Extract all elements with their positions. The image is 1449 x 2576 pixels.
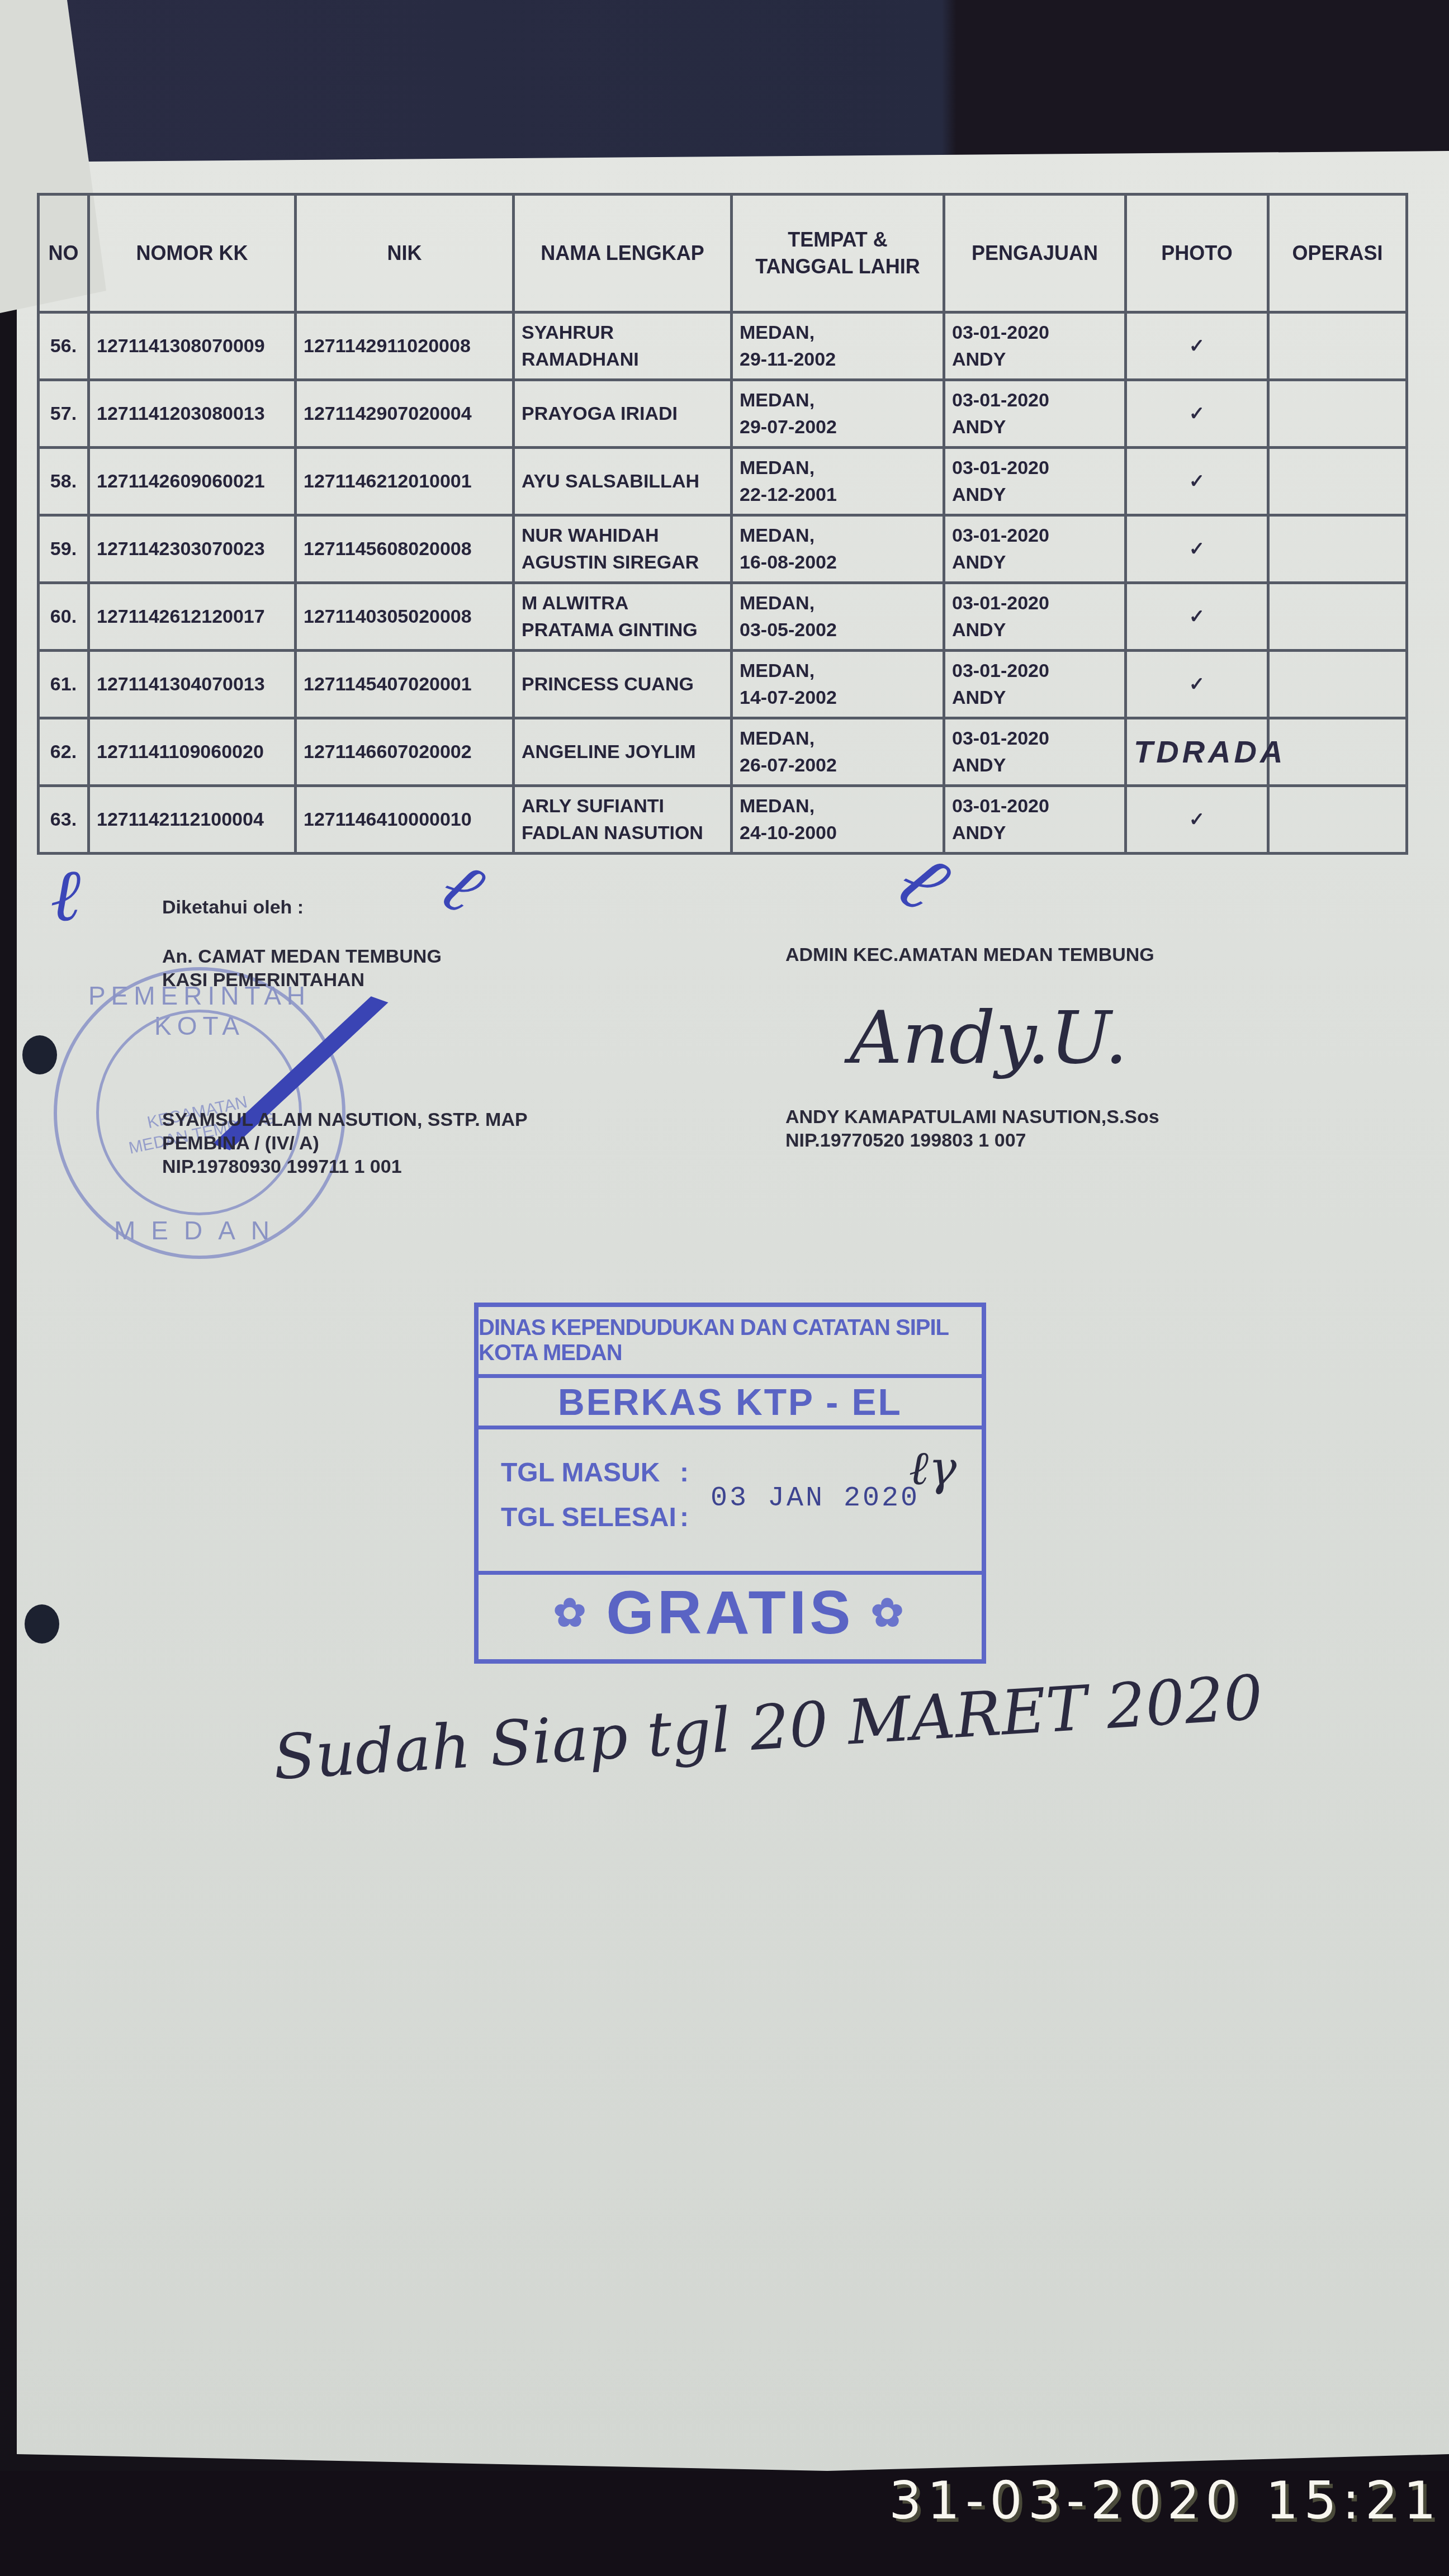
table-row: 63. 1271142112100004 1271146410000010 AR… [39,786,1407,854]
stamp-tgl-masuk-label: TGL MASUK [501,1457,660,1488]
cell-tanggal: 29-11-2002 [740,346,936,373]
cell-tempat: MEDAN, [740,725,936,752]
cell-pengajuan: 03-01-2020 ANDY [944,583,1126,651]
col-header-pengajuan: PENGAJUAN [944,195,1126,312]
cell-operasi [1268,718,1407,786]
background-dark-surface [0,0,1449,168]
left-signer-nip: NIP.19780930 199711 1 001 [162,1154,402,1180]
ktp-el-stamp: DINAS KEPENDUDUKAN DAN CATATAN SIPIL KOT… [474,1303,986,1664]
cell-nama-lengkap: ANGELINE JOYLIM [514,718,732,786]
cell-tempat: MEDAN, [740,319,936,346]
flower-icon: ✿ [553,1590,590,1636]
col-header-tempat-tanggal-lahir: TEMPAT & TANGGAL LAHIR [732,195,944,312]
cell-pengajuan-by: ANDY [952,684,1117,711]
cell-pengajuan-date: 03-01-2020 [952,793,1117,820]
cell-photo-checkmark-icon: ✓ [1126,786,1268,854]
cell-tempat: MEDAN, [740,657,936,684]
cell-nomor-kk: 1271142112100004 [89,786,296,854]
cell-tempat-tanggal-lahir: MEDAN, 26-07-2002 [732,718,944,786]
cell-photo-checkmark-icon: TDRADA [1126,718,1268,786]
cell-tempat-tanggal-lahir: MEDAN, 29-11-2002 [732,312,944,380]
right-signer-name: ANDY KAMAPATULAMI NASUTION,S.Sos [785,1104,1159,1130]
cell-operasi [1268,651,1407,718]
left-signer-rank: PEMBINA / (IV/ A) [162,1130,319,1156]
right-signature: Andy.U. [850,995,1128,1080]
table-row: 62. 1271141109060020 1271146607020002 AN… [39,718,1407,786]
punch-hole-bottom [25,1604,59,1644]
stamp-tgl-selesai-label: TGL SELESAI [501,1502,676,1533]
cell-no: 60. [39,583,89,651]
stamp-gratis-text: GRATIS [606,1577,854,1648]
cell-no: 62. [39,718,89,786]
cell-tempat-tanggal-lahir: MEDAN, 14-07-2002 [732,651,944,718]
paraf-mark-1: ℓ [50,853,80,938]
cell-no: 58. [39,448,89,515]
table-row: 61. 1271141304070013 1271145407020001 PR… [39,651,1407,718]
cell-tanggal: 14-07-2002 [740,684,936,711]
cell-pengajuan: 03-01-2020 ANDY [944,448,1126,515]
col-header-photo: PHOTO [1126,195,1268,312]
col-header-no: NO [39,195,89,312]
cell-nik: 1271140305020008 [296,583,514,651]
stamp-dates-section: TGL MASUK : 03 JAN 2020 ℓγ TGL SELESAI : [479,1429,982,1575]
cell-pengajuan-date: 03-01-2020 [952,319,1117,346]
cell-tanggal: 16-08-2002 [740,549,936,576]
col-header-nik: NIK [296,195,514,312]
cell-tempat-tanggal-lahir: MEDAN, 22-12-2001 [732,448,944,515]
cell-nik: 1271146607020002 [296,718,514,786]
cell-tempat: MEDAN, [740,387,936,414]
cell-pengajuan: 03-01-2020 ANDY [944,380,1126,448]
cell-operasi [1268,583,1407,651]
cell-pengajuan-date: 03-01-2020 [952,387,1117,414]
cell-no: 56. [39,312,89,380]
cell-nomor-kk: 1271141308070009 [89,312,296,380]
cell-tanggal: 24-10-2000 [740,820,936,846]
cell-tempat: MEDAN, [740,590,936,617]
cell-operasi [1268,312,1407,380]
cell-pengajuan-by: ANDY [952,549,1117,576]
cell-tempat-tanggal-lahir: MEDAN, 24-10-2000 [732,786,944,854]
table-row: 60. 1271142612120017 1271140305020008 M … [39,583,1407,651]
cell-pengajuan: 03-01-2020 ANDY [944,786,1126,854]
cell-tempat: MEDAN, [740,522,936,549]
cell-tempat: MEDAN, [740,793,936,820]
cell-operasi [1268,448,1407,515]
cell-tempat-tanggal-lahir: MEDAN, 16-08-2002 [732,515,944,583]
stamp-colon-1: : [680,1457,689,1488]
flower-icon: ✿ [871,1590,907,1636]
col-header-operasi: OPERASI [1268,195,1407,312]
right-signer-nip: NIP.19770520 199803 1 007 [785,1128,1026,1153]
cell-pengajuan-by: ANDY [952,414,1117,441]
cell-nomor-kk: 1271142303070023 [89,515,296,583]
cell-pengajuan: 03-01-2020 ANDY [944,651,1126,718]
cell-nik: 1271142911020008 [296,312,514,380]
table-row: 57. 1271141203080013 1271142907020004 PR… [39,380,1407,448]
cell-photo-checkmark-icon: ✓ [1126,312,1268,380]
cell-pengajuan: 03-01-2020 ANDY [944,718,1126,786]
cell-pengajuan-date: 03-01-2020 [952,454,1117,481]
right-signer-title: ADMIN KEC.AMATAN MEDAN TEMBUNG [785,942,1154,968]
cell-nik: 1271142907020004 [296,380,514,448]
cell-operasi [1268,380,1407,448]
cell-tempat-tanggal-lahir: MEDAN, 03-05-2002 [732,583,944,651]
cell-nomor-kk: 1271141109060020 [89,718,296,786]
cell-operasi [1268,786,1407,854]
cell-nik: 1271145407020001 [296,651,514,718]
seal-bottom-text: MEDAN [57,1215,342,1246]
stamp-header: DINAS KEPENDUDUKAN DAN CATATAN SIPIL KOT… [479,1307,982,1378]
table-row: 56. 1271141308070009 1271142911020008 SY… [39,312,1407,380]
col-header-nama-lengkap: NAMA LENGKAP [514,195,732,312]
cell-nama-lengkap: SYAHRUR RAMADHANI [514,312,732,380]
cell-photo-checkmark-icon: ✓ [1126,651,1268,718]
cell-operasi [1268,515,1407,583]
cell-nik: 1271145608020008 [296,515,514,583]
cell-pengajuan-date: 03-01-2020 [952,522,1117,549]
cell-pengajuan-by: ANDY [952,346,1117,373]
stamp-date-value: 03 JAN 2020 [711,1483,920,1514]
cell-nomor-kk: 1271141203080013 [89,380,296,448]
cell-nama-lengkap: PRAYOGA IRIADI [514,380,732,448]
cell-tanggal: 26-07-2002 [740,752,936,779]
table-row: 59. 1271142303070023 1271145608020008 NU… [39,515,1407,583]
camera-timestamp: 31-03-2020 15:21 [889,2471,1442,2531]
cell-pengajuan-by: ANDY [952,820,1117,846]
cell-pengajuan: 03-01-2020 ANDY [944,312,1126,380]
punch-hole-top [22,1035,57,1074]
left-signer-name: SYAMSUL ALAM NASUTION, SSTP. MAP [162,1107,528,1133]
cell-tempat-tanggal-lahir: MEDAN, 29-07-2002 [732,380,944,448]
cell-pengajuan-by: ANDY [952,752,1117,779]
applicant-table: NO NOMOR KK NIK NAMA LENGKAP TEMPAT & TA… [37,193,1408,855]
stamp-title: BERKAS KTP - EL [479,1378,982,1429]
cell-nama-lengkap: AYU SALSABILLAH [514,448,732,515]
cell-nik: 1271146212010001 [296,448,514,515]
cell-no: 59. [39,515,89,583]
cell-pengajuan: 03-01-2020 ANDY [944,515,1126,583]
cell-no: 63. [39,786,89,854]
cell-no: 61. [39,651,89,718]
cell-pengajuan-by: ANDY [952,617,1117,643]
cell-tanggal: 29-07-2002 [740,414,936,441]
cell-photo-checkmark-icon: ✓ [1126,515,1268,583]
cell-pengajuan-by: ANDY [952,481,1117,508]
cell-nomor-kk: 1271142609060021 [89,448,296,515]
cell-nomor-kk: 1271141304070013 [89,651,296,718]
cell-pengajuan-date: 03-01-2020 [952,725,1117,752]
cell-pengajuan-date: 03-01-2020 [952,590,1117,617]
cell-nama-lengkap: ARLY SUFIANTI FADLAN NASUTION [514,786,732,854]
stamp-paraf: ℓγ [909,1441,956,1496]
stamp-footer: ✿ GRATIS ✿ [479,1575,982,1650]
table-header-row: NO NOMOR KK NIK NAMA LENGKAP TEMPAT & TA… [39,195,1407,312]
cell-photo-checkmark-icon: ✓ [1126,448,1268,515]
cell-nama-lengkap: PRINCESS CUANG [514,651,732,718]
cell-tanggal: 03-05-2002 [740,617,936,643]
cell-tempat: MEDAN, [740,454,936,481]
cell-photo-checkmark-icon: ✓ [1126,380,1268,448]
cell-pengajuan-date: 03-01-2020 [952,657,1117,684]
cell-nik: 1271146410000010 [296,786,514,854]
cell-nama-lengkap: M ALWITRA PRATAMA GINTING [514,583,732,651]
diketahui-label: Diketahui oleh : [162,894,304,920]
cell-no: 57. [39,380,89,448]
cell-nomor-kk: 1271142612120017 [89,583,296,651]
stamp-colon-2: : [680,1502,689,1533]
cell-photo-checkmark-icon: ✓ [1126,583,1268,651]
cell-tanggal: 22-12-2001 [740,481,936,508]
cell-nama-lengkap: NUR WAHIDAH AGUSTIN SIREGAR [514,515,732,583]
table-row: 58. 1271142609060021 1271146212010001 AY… [39,448,1407,515]
col-header-nomor-kk: NOMOR KK [89,195,296,312]
